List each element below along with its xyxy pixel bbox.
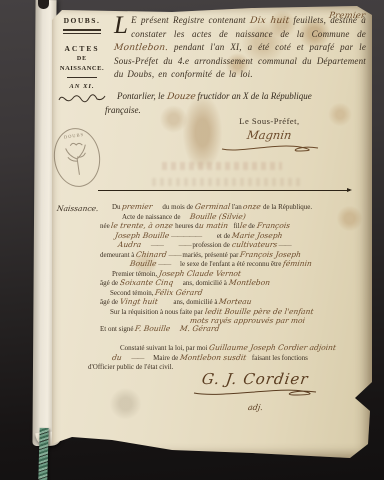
handwritten-entry: Morteau xyxy=(219,297,253,307)
act-line: âgé de Vingt huit ans, domicilié à Morte… xyxy=(100,297,366,307)
printed-text: l'an xyxy=(232,203,242,211)
handwritten-entry: le xyxy=(239,221,247,231)
handwritten-entry: le trente, à onze xyxy=(111,221,174,231)
printed-text: Acte de naissance de xyxy=(122,213,181,221)
handwritten-entry: Soixante Cinq xyxy=(119,278,174,288)
department-label: DOUBS. xyxy=(56,16,108,25)
printed-text: Second témoin, xyxy=(110,289,154,297)
heading-hw-feuillets: Dix huit xyxy=(249,15,290,28)
printed-text: Sur la réquisition à nous faite par xyxy=(110,308,203,316)
handwritten-entry: Audra xyxy=(117,240,141,250)
photo-scene: DOUBS. ACTES DE NAISSANCE. AN XI. Premie… xyxy=(0,0,384,480)
bleedthrough-texture xyxy=(162,162,282,170)
act-closing: Constaté suivant la loi, par moi Guillau… xyxy=(88,343,368,372)
act-line: Premier témoin, Joseph Claude Vernot xyxy=(100,269,366,279)
printed-text: Maire de xyxy=(153,354,178,362)
act-line: née le trente, à onze heures du matin fi… xyxy=(100,221,366,231)
handwritten-entry: Guillaume Joseph Cordier adjoint xyxy=(209,343,337,353)
handwritten-entry: ledit Bouille père de l'enfant xyxy=(204,307,314,317)
rule-dashes: —— xyxy=(158,260,170,268)
dateline-hw-day: Douze xyxy=(166,91,196,104)
dateline: Pontarlier, le Douze fructidor an X de l… xyxy=(105,90,367,117)
printed-text: née xyxy=(100,222,110,230)
naissance-label: NAISSANCE. xyxy=(56,65,108,72)
handwritten-entry: Bouille xyxy=(129,259,157,269)
margin-block: DOUBS. ACTES DE NAISSANCE. AN XI. xyxy=(56,16,108,108)
handwritten-entry: du xyxy=(111,353,122,363)
handwritten-entry: Félix Gérard xyxy=(155,288,204,298)
printed-text: demeurant à xyxy=(100,251,134,259)
printed-text: Constaté suivant la loi, par moi xyxy=(120,344,208,352)
year-label: AN XI. xyxy=(56,83,108,90)
handwritten-entry: Germinal xyxy=(194,202,231,212)
rule-dashes: ————— xyxy=(171,232,201,240)
act-line: Constaté suivant la loi, par moi Guillau… xyxy=(88,343,368,353)
printed-text: heures d xyxy=(175,222,199,230)
act-line: âgé de Soixante Cinq ans, domicilié à Mo… xyxy=(100,278,366,288)
divider-line xyxy=(98,190,350,191)
rule-dashes: —— xyxy=(279,241,291,249)
officer-signature-sub: adj. xyxy=(247,403,263,412)
act-line: du —— Maire de Montlebon susdit faisant … xyxy=(88,353,368,363)
bleedthrough-texture xyxy=(152,178,302,186)
handwritten-entry: Montlebon xyxy=(228,278,270,288)
printed-text: et de xyxy=(217,232,230,240)
act-line: Acte de naissance de Bouille (Silvie) xyxy=(100,212,366,222)
printed-text: profession de xyxy=(192,241,230,249)
rule-dashes: —— xyxy=(169,251,181,259)
printed-text: de la République. xyxy=(263,203,312,211)
printed-text: d'Officier public de l'état civil. xyxy=(88,363,173,371)
dateline-text-3: française. xyxy=(105,105,141,115)
printed-text: Du xyxy=(112,203,121,211)
bracket-squiggle-icon xyxy=(57,93,107,103)
act-line: Bouille —— le sexe de l'enfant a été rec… xyxy=(100,259,366,269)
handwritten-entry: Chinard xyxy=(135,250,167,260)
handwritten-entry: Vingt huit xyxy=(119,297,158,307)
handwritten-entry: François Joseph xyxy=(240,250,302,260)
prefect-signature: Magnin xyxy=(246,128,292,142)
printed-text: mariés, présenté par xyxy=(182,251,238,259)
printed-text: âgé de xyxy=(100,298,118,306)
printed-text: de xyxy=(248,222,255,230)
act-line: demeurant à Chinard —— mariés, présenté … xyxy=(100,250,366,260)
double-rule xyxy=(63,29,101,34)
printed-text: du mois de xyxy=(162,203,193,211)
handwritten-entry: cultivateurs xyxy=(231,240,278,250)
act-line: Second témoin, Félix Gérard xyxy=(100,288,366,298)
printed-text: faisant les fonctions xyxy=(252,354,308,362)
heading-text-1: E présent Registre contenant xyxy=(131,15,246,25)
rule-dashes: —— xyxy=(179,241,191,249)
single-rule xyxy=(67,77,97,78)
handwritten-entry: Joseph Bouille xyxy=(114,231,170,241)
binding-notch xyxy=(38,0,49,9)
act-line: Sur la réquisition à nous faite par ledi… xyxy=(100,307,366,317)
rule-dashes: —— xyxy=(151,241,163,249)
handwritten-entry: premier xyxy=(122,202,154,212)
handwritten-entry: Marie Joseph xyxy=(231,231,283,241)
handwritten-entry: féminin xyxy=(282,259,312,269)
printed-text: Et ont signé xyxy=(100,325,133,333)
act-line: Audra —— —— profession de cultivateurs —… xyxy=(100,240,366,250)
act-margin-label: Naissance. xyxy=(56,204,99,213)
department-stamp: DOUBS xyxy=(50,125,104,190)
act-line: Joseph Bouille ————— et de Marie Joseph xyxy=(100,231,366,241)
dateline-text-2: fructidor an X de la République xyxy=(198,91,312,101)
officer-signature: G. J. Cordier xyxy=(200,370,309,388)
handwritten-entry: onze xyxy=(243,202,262,212)
register-heading: Premier LE présent Registre contenant Di… xyxy=(114,14,366,81)
printed-text: ans, domicilié à xyxy=(183,279,227,287)
prefect-title: Le Sous-Préfet, xyxy=(202,116,337,126)
dateline-text-1: Pontarlier, le xyxy=(117,91,165,101)
printed-text: ans, domicilié à xyxy=(173,298,217,306)
register-page: DOUBS. ACTES DE NAISSANCE. AN XI. Premie… xyxy=(52,6,372,458)
stamp-tree-icon xyxy=(56,135,97,182)
signature-flourish-icon xyxy=(220,142,320,152)
officer-signature-block: G. J. Cordier adj. xyxy=(180,370,330,415)
handwritten-entry: u matin xyxy=(198,221,228,231)
prefect-block: Le Sous-Préfet, Magnin xyxy=(202,116,337,152)
printed-text: Premier témoin, xyxy=(112,270,157,278)
handwritten-signature: F. Bouille xyxy=(135,324,172,334)
act-body: Du premier du mois de Germinal l'an onze… xyxy=(100,202,366,334)
handwritten-entry: Joseph Claude Vernot xyxy=(158,269,241,279)
book-board-edge xyxy=(38,428,48,480)
handwritten-entry: François xyxy=(256,221,290,231)
handwritten-signature: M. Gérard xyxy=(180,324,221,334)
acts-label: ACTES xyxy=(56,44,108,53)
de-label: DE xyxy=(56,56,108,62)
act-interline: mots rayés approuvés par moi xyxy=(100,316,366,324)
printed-text: le sexe de l'enfant a été reconnu être xyxy=(180,260,281,268)
heading-hw-commune: Montlebon. xyxy=(113,42,169,55)
printed-text: âgé de xyxy=(100,279,118,287)
handwritten-entry: Bouille (Silvie) xyxy=(190,212,247,222)
act-line: Du premier du mois de Germinal l'an onze… xyxy=(100,202,366,212)
handwritten-annotation: Premier xyxy=(328,10,366,23)
rule-dashes: —— xyxy=(131,354,143,362)
handwritten-entry: Montlebon susdit xyxy=(179,353,247,363)
dropcap: L xyxy=(114,15,128,37)
